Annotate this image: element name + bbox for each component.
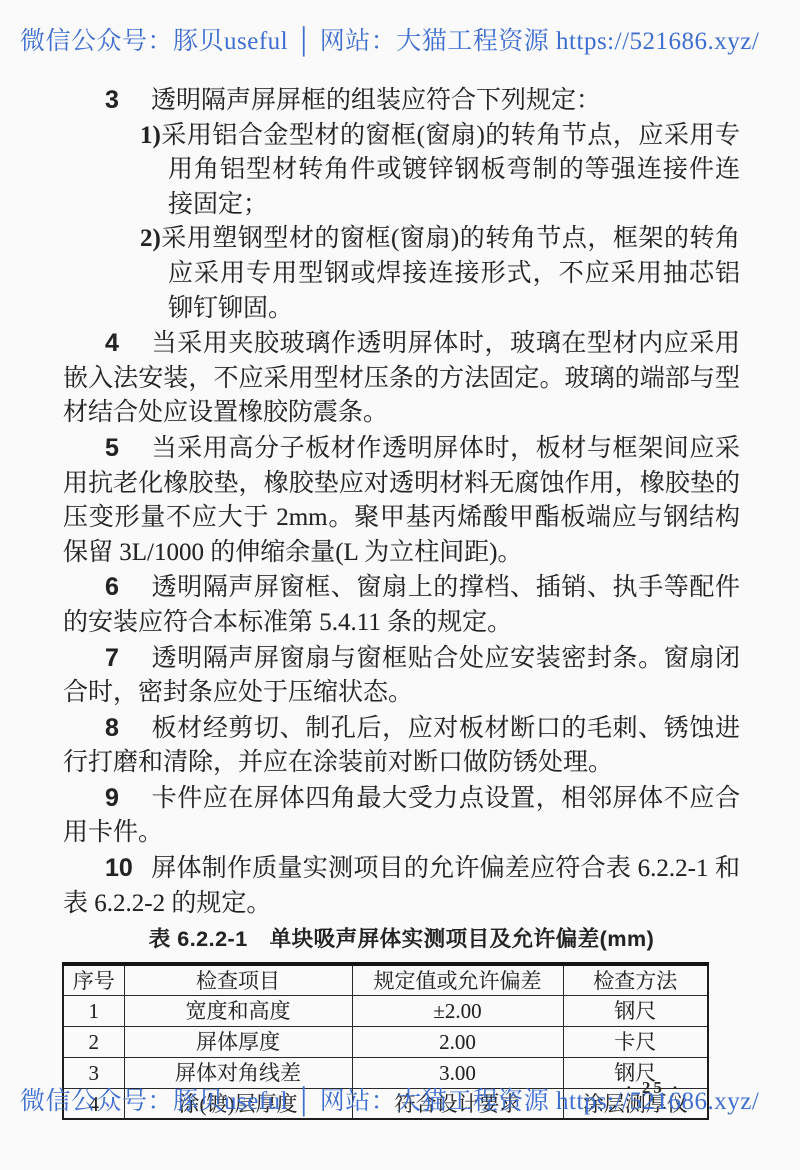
- clause-8: 8板材经剪切、制孔后，应对板材断口的毛刺、锈蚀进行打磨和清除，并应在涂装前对断口…: [63, 711, 740, 781]
- table-row: 3 屏体对角线差 3.00 钢尺: [63, 1057, 708, 1088]
- clause-text: 透明隔声屏窗扇与窗框贴合处应安装密封条。窗扇闭合时，密封条应处于压缩状态。: [63, 645, 740, 707]
- table-cell: ±2.00: [352, 995, 563, 1026]
- clause-4: 4当采用夹胶玻璃作透明屏体时，玻璃在型材内应采用嵌入法安装，不应采用型材压条的方…: [63, 326, 740, 431]
- clause-text: 板材经剪切、制孔后，应对板材断口的毛刺、锈蚀进行打磨和清除，并应在涂装前对断口做…: [63, 715, 740, 777]
- table-cell: 1: [63, 995, 124, 1026]
- page-number: · 25 ·: [626, 1078, 681, 1098]
- clause-number: 6: [105, 570, 151, 605]
- scanned-document-page: 微信公众号：豚贝useful │ 网站：大猫工程资源 https://52168…: [0, 0, 800, 1170]
- table-cell: 2.00: [352, 1026, 563, 1057]
- table-row: 1 宽度和高度 ±2.00 钢尺: [63, 995, 708, 1026]
- subitem-number: 1): [140, 122, 161, 149]
- subitem-text: 采用铝合金型材的窗框(窗扇)的转角节点，应采用专用角铝型材转角件或镀锌钢板弯制的…: [161, 122, 740, 218]
- clause-number: 10: [105, 851, 151, 886]
- document-body: 3透明隔声屏屏框的组装应符合下列规定： 1)采用铝合金型材的窗框(窗扇)的转角节…: [63, 83, 740, 1120]
- table-header-cell: 规定值或允许偏差: [352, 964, 563, 995]
- table-header-cell: 检查方法: [563, 964, 708, 995]
- table-header-cell: 序号: [63, 964, 124, 995]
- clause-text: 透明隔声屏屏框的组装应符合下列规定：: [151, 87, 601, 114]
- clause-text: 卡件应在屏体四角最大受力点设置，相邻屏体不应合用卡件。: [63, 785, 740, 847]
- clause-6: 6透明隔声屏窗框、窗扇上的撑档、插销、执手等配件的安装应符合本标准第 5.4.1…: [63, 570, 740, 640]
- clause-3-subitem-2: 2)采用塑钢型材的窗框(窗扇)的转角节点，框架的转角应采用专用型钢或焊接连接形式…: [63, 222, 740, 326]
- table-cell: 屏体对角线差: [124, 1057, 352, 1088]
- clause-text: 透明隔声屏窗框、窗扇上的撑档、插销、执手等配件的安装应符合本标准第 5.4.11…: [63, 574, 740, 636]
- clause-number: 7: [105, 641, 151, 676]
- clause-text: 屏体制作质量实测项目的允许偏差应符合表 6.2.2-1 和表 6.2.2-2 的…: [63, 855, 740, 917]
- table-cell: 宽度和高度: [124, 995, 352, 1026]
- clause-number: 9: [105, 781, 151, 816]
- table-cell: 屏体厚度: [124, 1026, 352, 1057]
- clause-10: 10屏体制作质量实测项目的允许偏差应符合表 6.2.2-1 和表 6.2.2-2…: [63, 851, 740, 921]
- table-header-cell: 检查项目: [124, 964, 352, 995]
- watermark-top: 微信公众号：豚贝useful │ 网站：大猫工程资源 https://52168…: [20, 27, 790, 57]
- clause-9: 9卡件应在屏体四角最大受力点设置，相邻屏体不应合用卡件。: [63, 781, 740, 851]
- table-header-row: 序号 检查项目 规定值或允许偏差 检查方法: [63, 964, 708, 995]
- clause-text: 当采用高分子板材作透明屏体时，板材与框架间应采用抗老化橡胶垫，橡胶垫应对透明材料…: [63, 435, 740, 566]
- table-row: 2 屏体厚度 2.00 卡尺: [63, 1026, 708, 1057]
- clause-number: 8: [105, 711, 151, 746]
- table-cell: 卡尺: [563, 1026, 708, 1057]
- clause-number: 3: [105, 83, 151, 118]
- subitem-text: 采用塑钢型材的窗框(窗扇)的转角节点，框架的转角应采用专用型钢或焊接连接形式，不…: [161, 225, 740, 321]
- table-cell: 3: [63, 1057, 124, 1088]
- table-cell: 2: [63, 1026, 124, 1057]
- clause-number: 5: [105, 431, 151, 466]
- table-cell: 钢尺: [563, 995, 708, 1026]
- clause-3: 3透明隔声屏屏框的组装应符合下列规定：: [63, 83, 740, 119]
- clause-3-subitem-1: 1)采用铝合金型材的窗框(窗扇)的转角节点，应采用专用角铝型材转角件或镀锌钢板弯…: [63, 119, 740, 223]
- clause-7: 7透明隔声屏窗扇与窗框贴合处应安装密封条。窗扇闭合时，密封条应处于压缩状态。: [63, 641, 740, 711]
- clause-number: 4: [105, 326, 151, 361]
- subitem-number: 2): [140, 225, 161, 252]
- table-cell: 3.00: [352, 1057, 563, 1088]
- table-title: 表 6.2.2-1 单块吸声屏体实测项目及允许偏差(mm): [63, 925, 740, 953]
- clause-5: 5当采用高分子板材作透明屏体时，板材与框架间应采用抗老化橡胶垫，橡胶垫应对透明材…: [63, 431, 740, 570]
- clause-text: 当采用夹胶玻璃作透明屏体时，玻璃在型材内应采用嵌入法安装，不应采用型材压条的方法…: [63, 330, 740, 426]
